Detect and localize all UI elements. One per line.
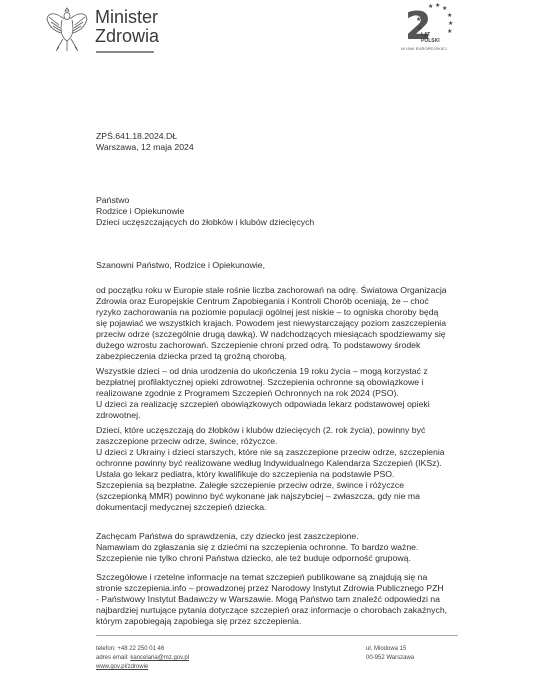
brand-line-2: Zdrowia (95, 27, 159, 46)
body-line: dużego wzrostu zachorowań. Szczepienie c… (96, 340, 447, 351)
body-line: Szczegółowe i rzetelne informacje na tem… (96, 572, 447, 583)
logo-text-polski: POLSKI (421, 38, 440, 44)
paragraph-5: Szczegółowe i rzetelne informacje na tem… (96, 572, 447, 627)
body-line: Dzieci, które uczęszczają do żłobków i k… (96, 425, 445, 436)
body-line: ryzyko zachorowania na poziomie populacj… (96, 307, 447, 318)
body-line: stronie szczepienia.info – prowadzonej p… (96, 583, 447, 594)
body-line: bezpłatnej profilaktycznej opieki zdrowo… (96, 377, 430, 388)
body-line: Zachęcam Państwa do sprawdzenia, czy dzi… (96, 531, 418, 542)
paragraph-4: Zachęcam Państwa do sprawdzenia, czy dzi… (96, 531, 418, 564)
eu-star-icon: ★ (428, 4, 433, 10)
brand-line-1: Minister (95, 8, 159, 27)
footer-email-link[interactable]: kancelaria@mz.gov.pl (130, 655, 189, 661)
eu-star-icon: ★ (416, 17, 421, 23)
eu-anniversary-logo: 2 ★ ★ ★ ★ ★ ★ ★ ★ ★ LAT POLSKI W UNII EU… (400, 2, 460, 54)
body-line: przeciw odrze (szczególnie drugą dawką).… (96, 329, 447, 340)
salutation: Szanowni Państwo, Rodzice i Opiekunowie, (96, 260, 265, 271)
recipient-line: Dzieci uczęszczających do żłobków i klub… (96, 217, 314, 228)
body-line: od początku roku w Europie stale rośnie … (96, 285, 447, 296)
place-date: Warszawa, 12 maja 2024 (96, 142, 194, 153)
footer-phone: telefon: +48 22 250 01 46 (96, 645, 164, 653)
footer-address-line-2: 00-952 Warszawa (366, 654, 414, 662)
body-line: dokumentacji medycznej szczepień dziecka… (96, 502, 445, 513)
body-line: Namawiam do zgłaszania się z dziećmi na … (96, 542, 418, 553)
body-line: ochronne powinny być realizowane według … (96, 458, 445, 469)
recipient-line: Państwo (96, 195, 314, 206)
paragraph-1: od początku roku w Europie stale rośnie … (96, 285, 447, 362)
body-line: (szczepionką MMR) powinno być wykonane j… (96, 491, 445, 502)
body-line: Szczepienie nie tylko chroni Państwa dzi… (96, 553, 418, 564)
footer-email-label: adres email: (96, 655, 130, 661)
body-line: - Państwowy Instytut Badawczy w Warszawi… (96, 594, 447, 605)
paragraph-3: Dzieci, które uczęszczają do żłobków i k… (96, 425, 445, 513)
polish-eagle-emblem-icon (45, 5, 89, 55)
recipient-block: Państwo Rodzice i Opiekunowie Dzieci ucz… (96, 195, 314, 228)
body-line: się pojawiać we wszystkich krajach. Powo… (96, 318, 447, 329)
body-line: najbardziej nurtujące pytania dotyczące … (96, 605, 447, 616)
body-line: Szczepienia są bezpłatne. Zaległe szczep… (96, 480, 445, 491)
body-line: zaszczepione przeciw odrze, śwince, róży… (96, 436, 445, 447)
ministry-brand: Minister Zdrowia (95, 8, 159, 46)
eu-star-icon: ★ (442, 6, 447, 12)
footer-email-line: adres email: kancelaria@mz.gov.pl (96, 654, 189, 662)
body-line: U dzieci za realizację szczepień obowiąz… (96, 399, 430, 410)
brand-underline (96, 51, 154, 53)
eu-star-icon: ★ (447, 29, 452, 35)
body-line: którym zapobiegają zapobiega się przez s… (96, 616, 447, 627)
logo-text-eu: W UNII EUROPEJSKIEJ (401, 46, 447, 51)
recipient-line: Rodzice i Opiekunowie (96, 206, 314, 217)
footer-address-line-1: ul. Miodowa 15 (366, 645, 406, 653)
reference-number: ZPŚ.641.18.2024.DŁ (96, 131, 177, 142)
footer-website-link[interactable]: www.gov.pl/zdrowie (96, 664, 148, 670)
eu-star-icon: ★ (447, 13, 452, 19)
body-line: U dzieci z Ukrainy i dzieci starszych, k… (96, 447, 445, 458)
eu-star-icon: ★ (435, 3, 440, 9)
footer-divider (96, 635, 458, 636)
footer-website-line: www.gov.pl/zdrowie (96, 663, 148, 671)
body-line: zabezpieczenia dziecka przed tą groźną c… (96, 351, 447, 362)
body-line: Wszystkie dzieci – od dnia urodzenia do … (96, 366, 430, 377)
body-line: zdrowotnej. (96, 410, 430, 421)
body-line: Ustala go lekarz pediatra, który kwalifi… (96, 469, 445, 480)
paragraph-2: Wszystkie dzieci – od dnia urodzenia do … (96, 366, 430, 421)
eu-star-icon: ★ (448, 21, 453, 27)
body-line: realizowane zgodnie z Programem Szczepie… (96, 388, 430, 399)
body-line: Zdrowia oraz Europejskie Centrum Zapobie… (96, 296, 447, 307)
